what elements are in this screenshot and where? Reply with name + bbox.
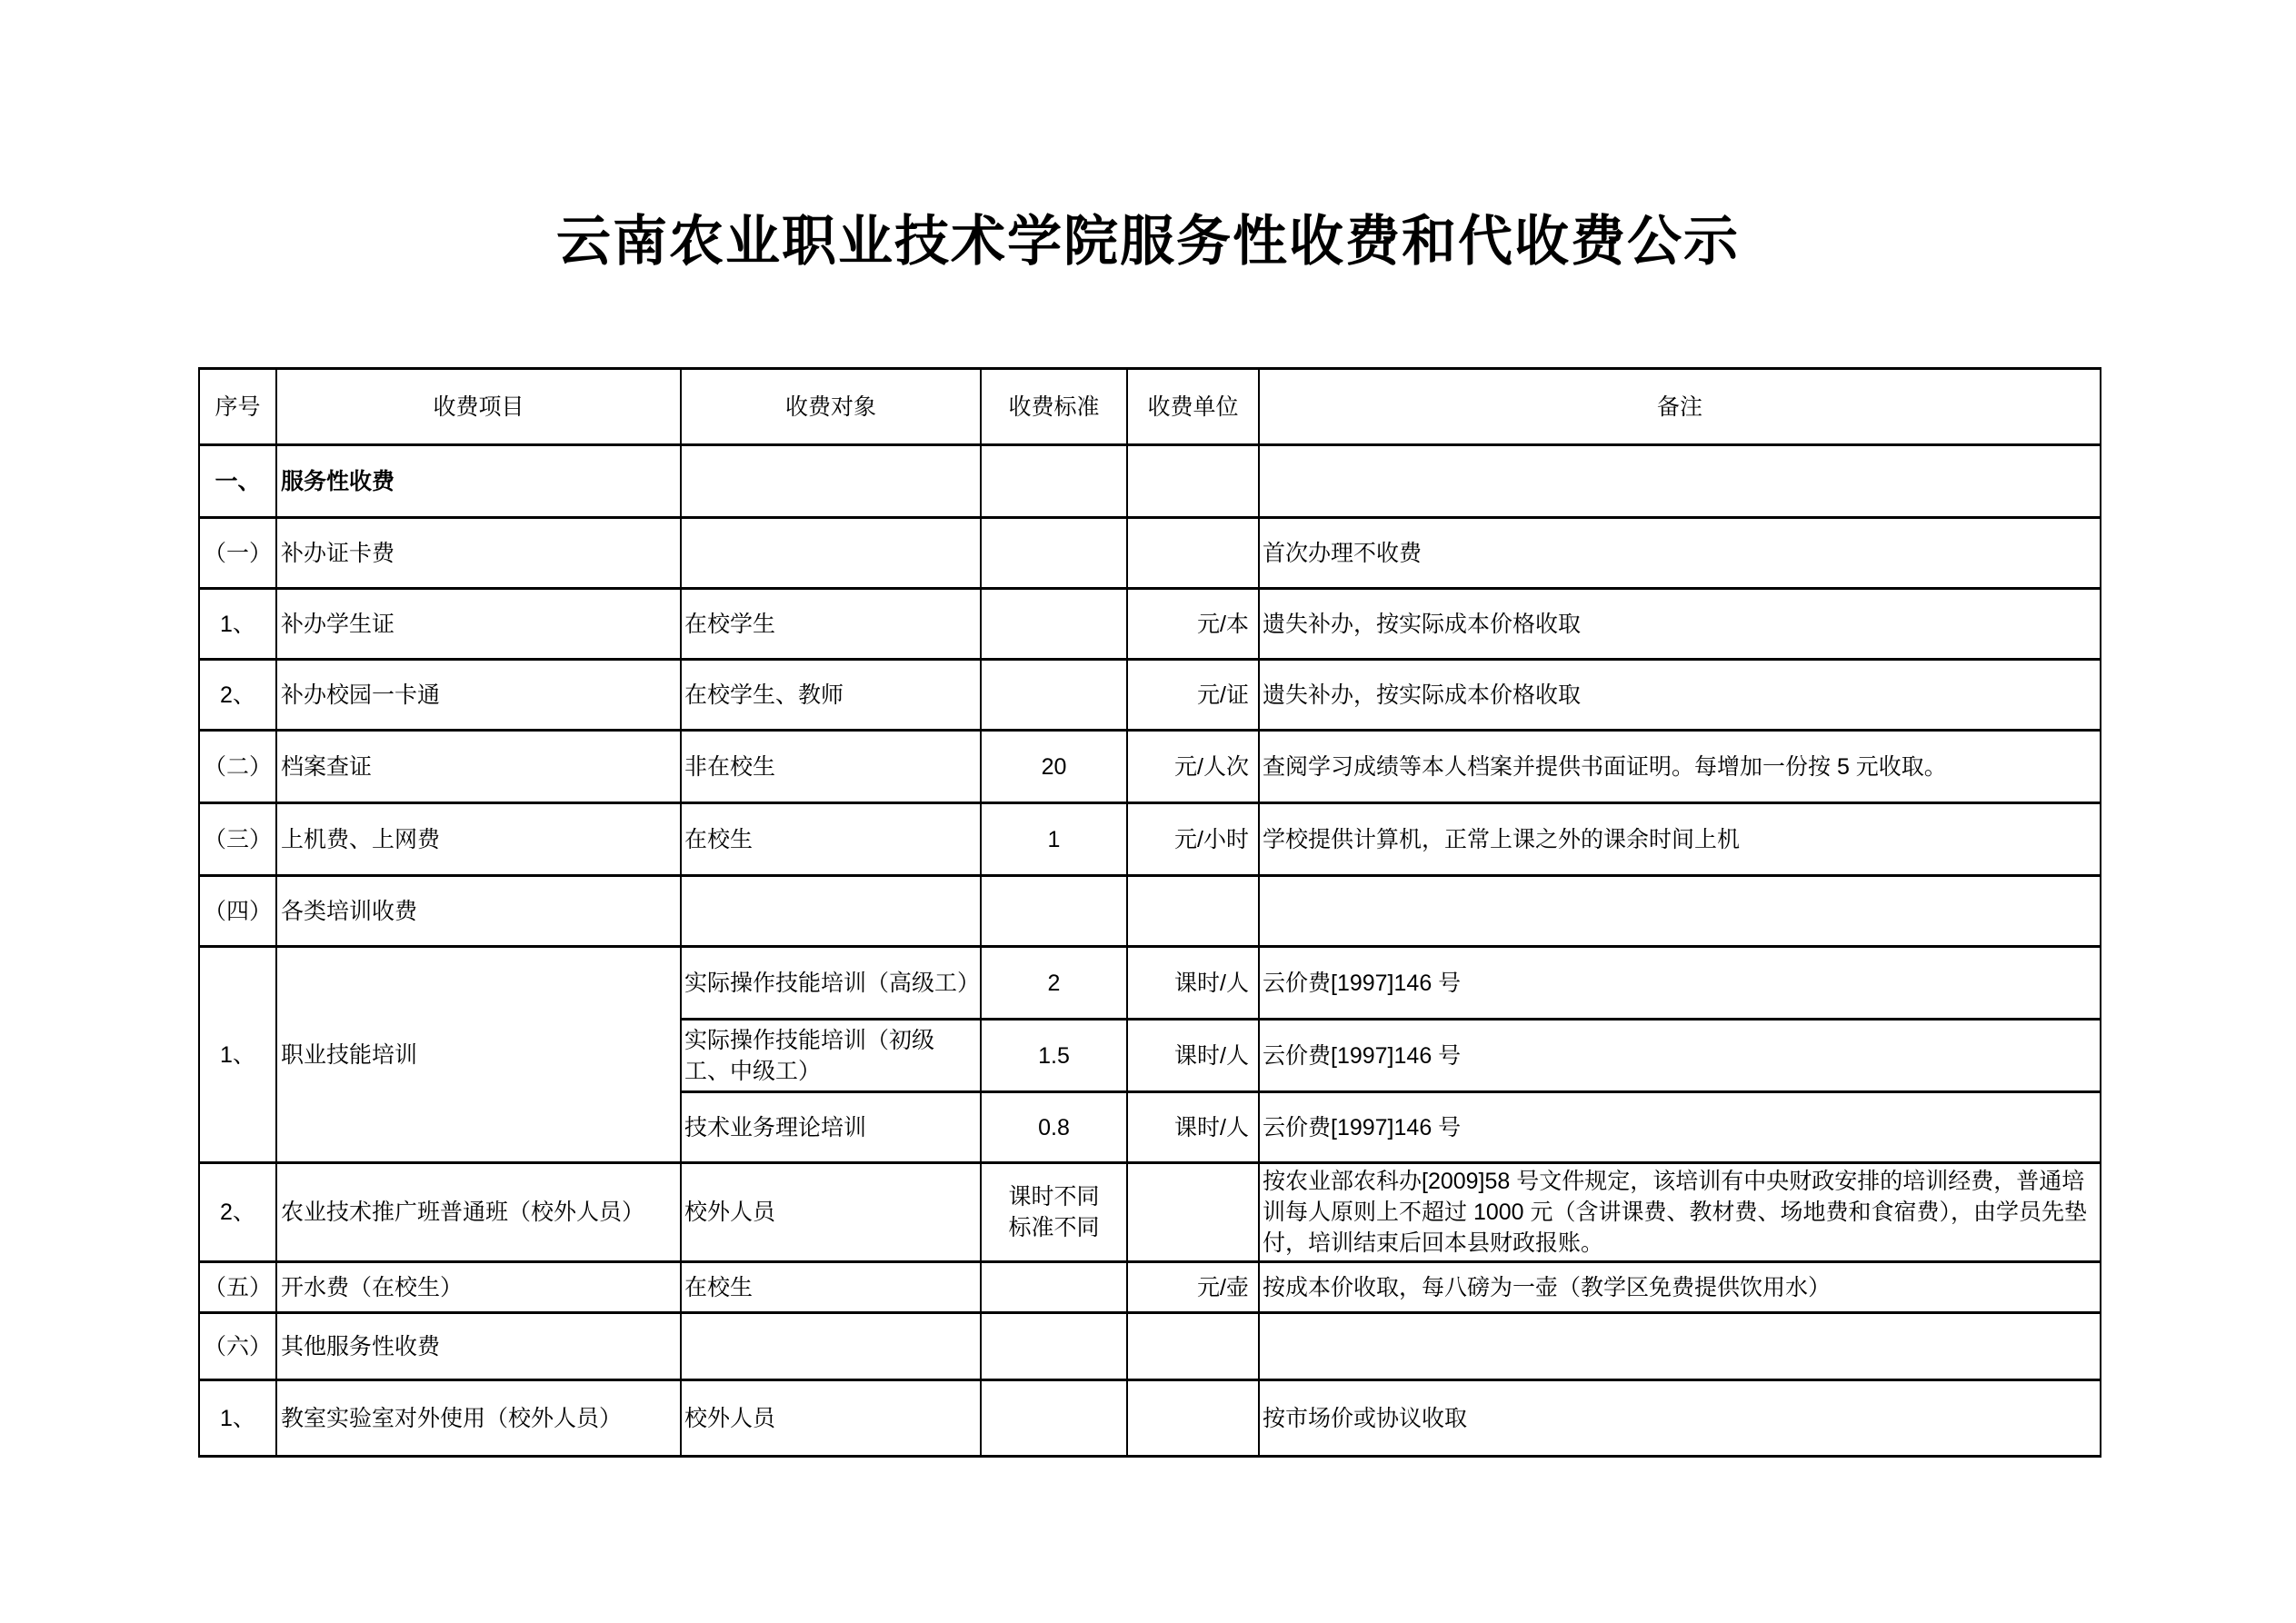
cell-remark: 学校提供计算机，正常上课之外的课余时间上机	[1259, 803, 2101, 876]
cell-target: 校外人员	[681, 1163, 981, 1262]
table-row: 1、 补办学生证 在校学生 元/本 遗失补办，按实际成本价格收取	[199, 589, 2101, 660]
cell-item: 补办学生证	[276, 589, 681, 660]
cell-no: 2、	[199, 660, 276, 731]
page-title: 云南农业职业技术学院服务性收费和代收费公示	[0, 198, 2296, 276]
cell-remark	[1259, 1313, 2101, 1380]
table-row: 1、 教室实验室对外使用（校外人员） 校外人员 按市场价或协议收取	[199, 1380, 2101, 1457]
cell-no: （一）	[199, 518, 276, 589]
cell-remark: 按成本价收取，每八磅为一壶（教学区免费提供饮用水）	[1259, 1262, 2101, 1313]
cell-unit	[1127, 1380, 1259, 1457]
column-header-no: 序号	[199, 369, 276, 445]
cell-remark: 云价费[1997]146 号	[1259, 1020, 2101, 1092]
column-header-standard: 收费标准	[981, 369, 1127, 445]
cell-unit	[1127, 876, 1259, 947]
cell-target: 实际操作技能培训（初级工、中级工）	[681, 1020, 981, 1092]
cell-remark: 按市场价或协议收取	[1259, 1380, 2101, 1457]
cell-target: 校外人员	[681, 1380, 981, 1457]
cell-standard	[981, 876, 1127, 947]
table-row: （三） 上机费、上网费 在校生 1 元/小时 学校提供计算机，正常上课之外的课余…	[199, 803, 2101, 876]
cell-item: 农业技术推广班普通班（校外人员）	[276, 1163, 681, 1262]
column-header-unit: 收费单位	[1127, 369, 1259, 445]
cell-unit: 元/壶	[1127, 1262, 1259, 1313]
table-row: 一、 服务性收费	[199, 445, 2101, 518]
cell-target	[681, 518, 981, 589]
cell-standard	[981, 1262, 1127, 1313]
cell-unit: 元/证	[1127, 660, 1259, 731]
cell-remark: 遗失补办，按实际成本价格收取	[1259, 589, 2101, 660]
cell-standard: 1.5	[981, 1020, 1127, 1092]
cell-standard	[981, 445, 1127, 518]
cell-standard	[981, 518, 1127, 589]
cell-standard: 20	[981, 731, 1127, 803]
cell-standard	[981, 660, 1127, 731]
cell-remark: 按农业部农科办[2009]58 号文件规定，该培训有中央财政安排的培训经费，普通…	[1259, 1163, 2101, 1262]
cell-remark: 云价费[1997]146 号	[1259, 1092, 2101, 1163]
table-row: （四） 各类培训收费	[199, 876, 2101, 947]
cell-unit: 元/人次	[1127, 731, 1259, 803]
cell-standard	[981, 1313, 1127, 1380]
cell-item: 补办证卡费	[276, 518, 681, 589]
cell-item: 档案查证	[276, 731, 681, 803]
cell-unit	[1127, 1313, 1259, 1380]
standard-line-1: 课时不同	[983, 1181, 1125, 1212]
table-row: 2、 补办校园一卡通 在校学生、教师 元/证 遗失补办，按实际成本价格收取	[199, 660, 2101, 731]
cell-no: （三）	[199, 803, 276, 876]
column-header-item: 收费项目	[276, 369, 681, 445]
cell-no: 1、	[199, 1380, 276, 1457]
cell-item: 教室实验室对外使用（校外人员）	[276, 1380, 681, 1457]
cell-standard: 2	[981, 947, 1127, 1020]
cell-unit	[1127, 1163, 1259, 1262]
cell-target: 在校学生	[681, 589, 981, 660]
cell-remark: 首次办理不收费	[1259, 518, 2101, 589]
cell-remark: 查阅学习成绩等本人档案并提供书面证明。每增加一份按 5 元收取。	[1259, 731, 2101, 803]
cell-item: 其他服务性收费	[276, 1313, 681, 1380]
cell-target: 在校学生、教师	[681, 660, 981, 731]
cell-no: 2、	[199, 1163, 276, 1262]
cell-standard: 课时不同 标准不同	[981, 1163, 1127, 1262]
cell-item: 服务性收费	[276, 445, 681, 518]
table-header-row: 序号 收费项目 收费对象 收费标准 收费单位 备注	[199, 369, 2101, 445]
cell-unit	[1127, 445, 1259, 518]
cell-unit: 课时/人	[1127, 1020, 1259, 1092]
cell-target: 技术业务理论培训	[681, 1092, 981, 1163]
cell-target	[681, 445, 981, 518]
cell-target: 在校生	[681, 803, 981, 876]
cell-standard: 1	[981, 803, 1127, 876]
cell-target	[681, 876, 981, 947]
cell-no: （四）	[199, 876, 276, 947]
cell-remark	[1259, 876, 2101, 947]
cell-no: （六）	[199, 1313, 276, 1380]
cell-target: 实际操作技能培训（高级工）	[681, 947, 981, 1020]
cell-item: 上机费、上网费	[276, 803, 681, 876]
table-row: （二） 档案查证 非在校生 20 元/人次 查阅学习成绩等本人档案并提供书面证明…	[199, 731, 2101, 803]
cell-item: 补办校园一卡通	[276, 660, 681, 731]
table-row: （六） 其他服务性收费	[199, 1313, 2101, 1380]
table-row: 1、 职业技能培训 实际操作技能培训（高级工） 2 课时/人 云价费[1997]…	[199, 947, 2101, 1020]
cell-no: （二）	[199, 731, 276, 803]
cell-item: 职业技能培训	[276, 947, 681, 1163]
cell-unit	[1127, 518, 1259, 589]
cell-standard: 0.8	[981, 1092, 1127, 1163]
column-header-remark: 备注	[1259, 369, 2101, 445]
cell-target: 在校生	[681, 1262, 981, 1313]
cell-item: 各类培训收费	[276, 876, 681, 947]
cell-unit: 课时/人	[1127, 1092, 1259, 1163]
standard-line-2: 标准不同	[983, 1212, 1125, 1243]
cell-no: 一、	[199, 445, 276, 518]
cell-standard	[981, 589, 1127, 660]
cell-standard	[981, 1380, 1127, 1457]
cell-remark: 遗失补办，按实际成本价格收取	[1259, 660, 2101, 731]
cell-item: 开水费（在校生）	[276, 1262, 681, 1313]
cell-remark: 云价费[1997]146 号	[1259, 947, 2101, 1020]
cell-unit: 元/小时	[1127, 803, 1259, 876]
table-row: （五） 开水费（在校生） 在校生 元/壶 按成本价收取，每八磅为一壶（教学区免费…	[199, 1262, 2101, 1313]
cell-target: 非在校生	[681, 731, 981, 803]
cell-no: （五）	[199, 1262, 276, 1313]
table-row: 2、 农业技术推广班普通班（校外人员） 校外人员 课时不同 标准不同 按农业部农…	[199, 1163, 2101, 1262]
column-header-target: 收费对象	[681, 369, 981, 445]
cell-target	[681, 1313, 981, 1380]
cell-unit: 课时/人	[1127, 947, 1259, 1020]
table-row: （一） 补办证卡费 首次办理不收费	[199, 518, 2101, 589]
fee-table: 序号 收费项目 收费对象 收费标准 收费单位 备注 一、 服务性收费 （一） 补…	[198, 367, 2101, 1458]
cell-unit: 元/本	[1127, 589, 1259, 660]
cell-no: 1、	[199, 589, 276, 660]
cell-no: 1、	[199, 947, 276, 1163]
cell-remark	[1259, 445, 2101, 518]
